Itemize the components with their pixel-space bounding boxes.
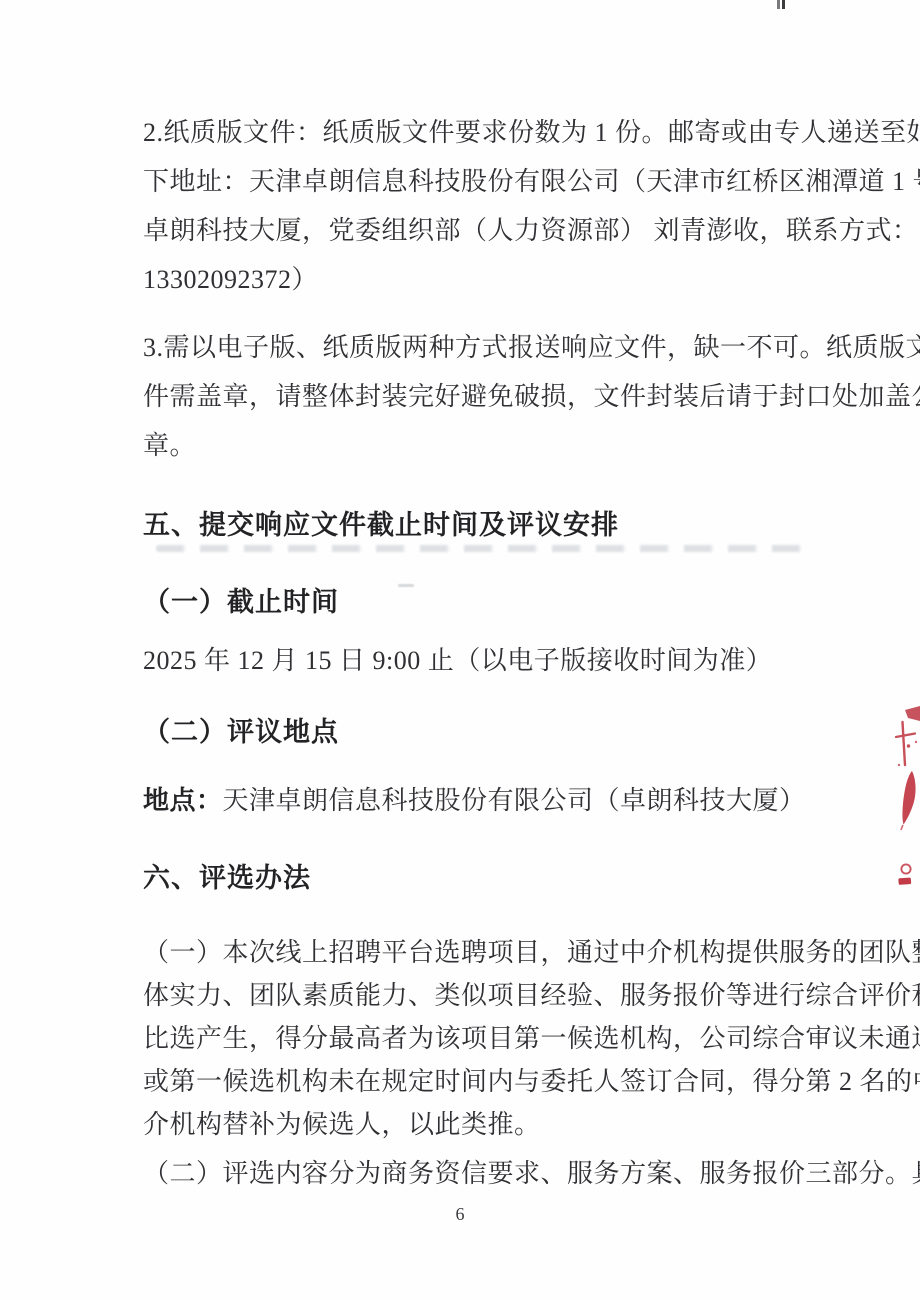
staple-bar [777,0,780,9]
paragraph-line: 比选产生，得分最高者为该项目第一候选机构，公司综合审议未通过 [143,1017,795,1060]
section-5-sub1-heading: （一）截止时间 [143,580,795,619]
paragraph-line: 体实力、团队素质能力、类似项目经验、服务报价等进行综合评价和 [143,974,795,1017]
document-page: 2.纸质版文件：纸质版文件要求份数为 1 份。邮寄或由专人递送至如 下地址：天津… [0,0,920,1300]
ink-bleedthrough-artifact [156,545,802,552]
staple-bar [782,0,785,9]
paragraph-line: 卓朗科技大厦，党委组织部（人力资源部） 刘青澎收，联系方式： [143,206,795,255]
paragraph-line: 章。 [143,421,795,470]
location-value: 天津卓朗信息科技股份有限公司（卓朗科技大厦） [223,786,806,815]
paragraph-line: 2.纸质版文件：纸质版文件要求份数为 1 份。邮寄或由专人递送至如 [143,108,795,157]
paragraph-2: 2.纸质版文件：纸质版文件要求份数为 1 份。邮寄或由专人递送至如 下地址：天津… [143,108,795,304]
section-5-heading: 五、提交响应文件截止时间及评议安排 [143,503,795,542]
paragraph-line: （二）评选内容分为商务资信要求、服务方案、服务报价三部分。具 [143,1152,795,1195]
location-label: 地点： [143,785,223,815]
paragraph-line: 下地址：天津卓朗信息科技股份有限公司（天津市红桥区湘潭道 1 号 [143,157,795,206]
paragraph-line: 介机构替补为候选人，以此类推。 [143,1103,795,1146]
staple-mark-icon [776,0,787,10]
paragraph-3: 3.需以电子版、纸质版两种方式报送响应文件，缺一不可。纸质版文 件需盖章，请整体… [143,323,795,470]
paragraph-line: 件需盖章，请整体封装完好避免破损，文件封装后请于封口处加盖公 [143,372,795,421]
paragraph-line: 或第一候选机构未在规定时间内与委托人签订合同，得分第 2 名的中 [143,1060,795,1103]
paragraph-line: 13302092372） [143,255,795,304]
paragraph-line: 3.需以电子版、纸质版两种方式报送响应文件，缺一不可。纸质版文 [143,323,795,372]
paragraph-line: （一）本次线上招聘平台选聘项目，通过中介机构提供服务的团队整 [143,931,795,974]
deadline-text: 2025 年 12 月 15 日 9:00 止（以电子版接收时间为准） [143,640,795,677]
section-6-paragraph-2: （二）评选内容分为商务资信要求、服务方案、服务报价三部分。具 [143,1152,795,1195]
red-stamp-fragment-icon [885,705,920,900]
section-6-paragraph-1: （一）本次线上招聘平台选聘项目，通过中介机构提供服务的团队整 体实力、团队素质能… [143,931,795,1146]
location-line: 地点：天津卓朗信息科技股份有限公司（卓朗科技大厦） [143,780,795,817]
section-5-sub2-heading: （二）评议地点 [143,710,795,749]
section-6-heading: 六、评选办法 [143,856,795,895]
page-number: 6 [0,1204,920,1225]
